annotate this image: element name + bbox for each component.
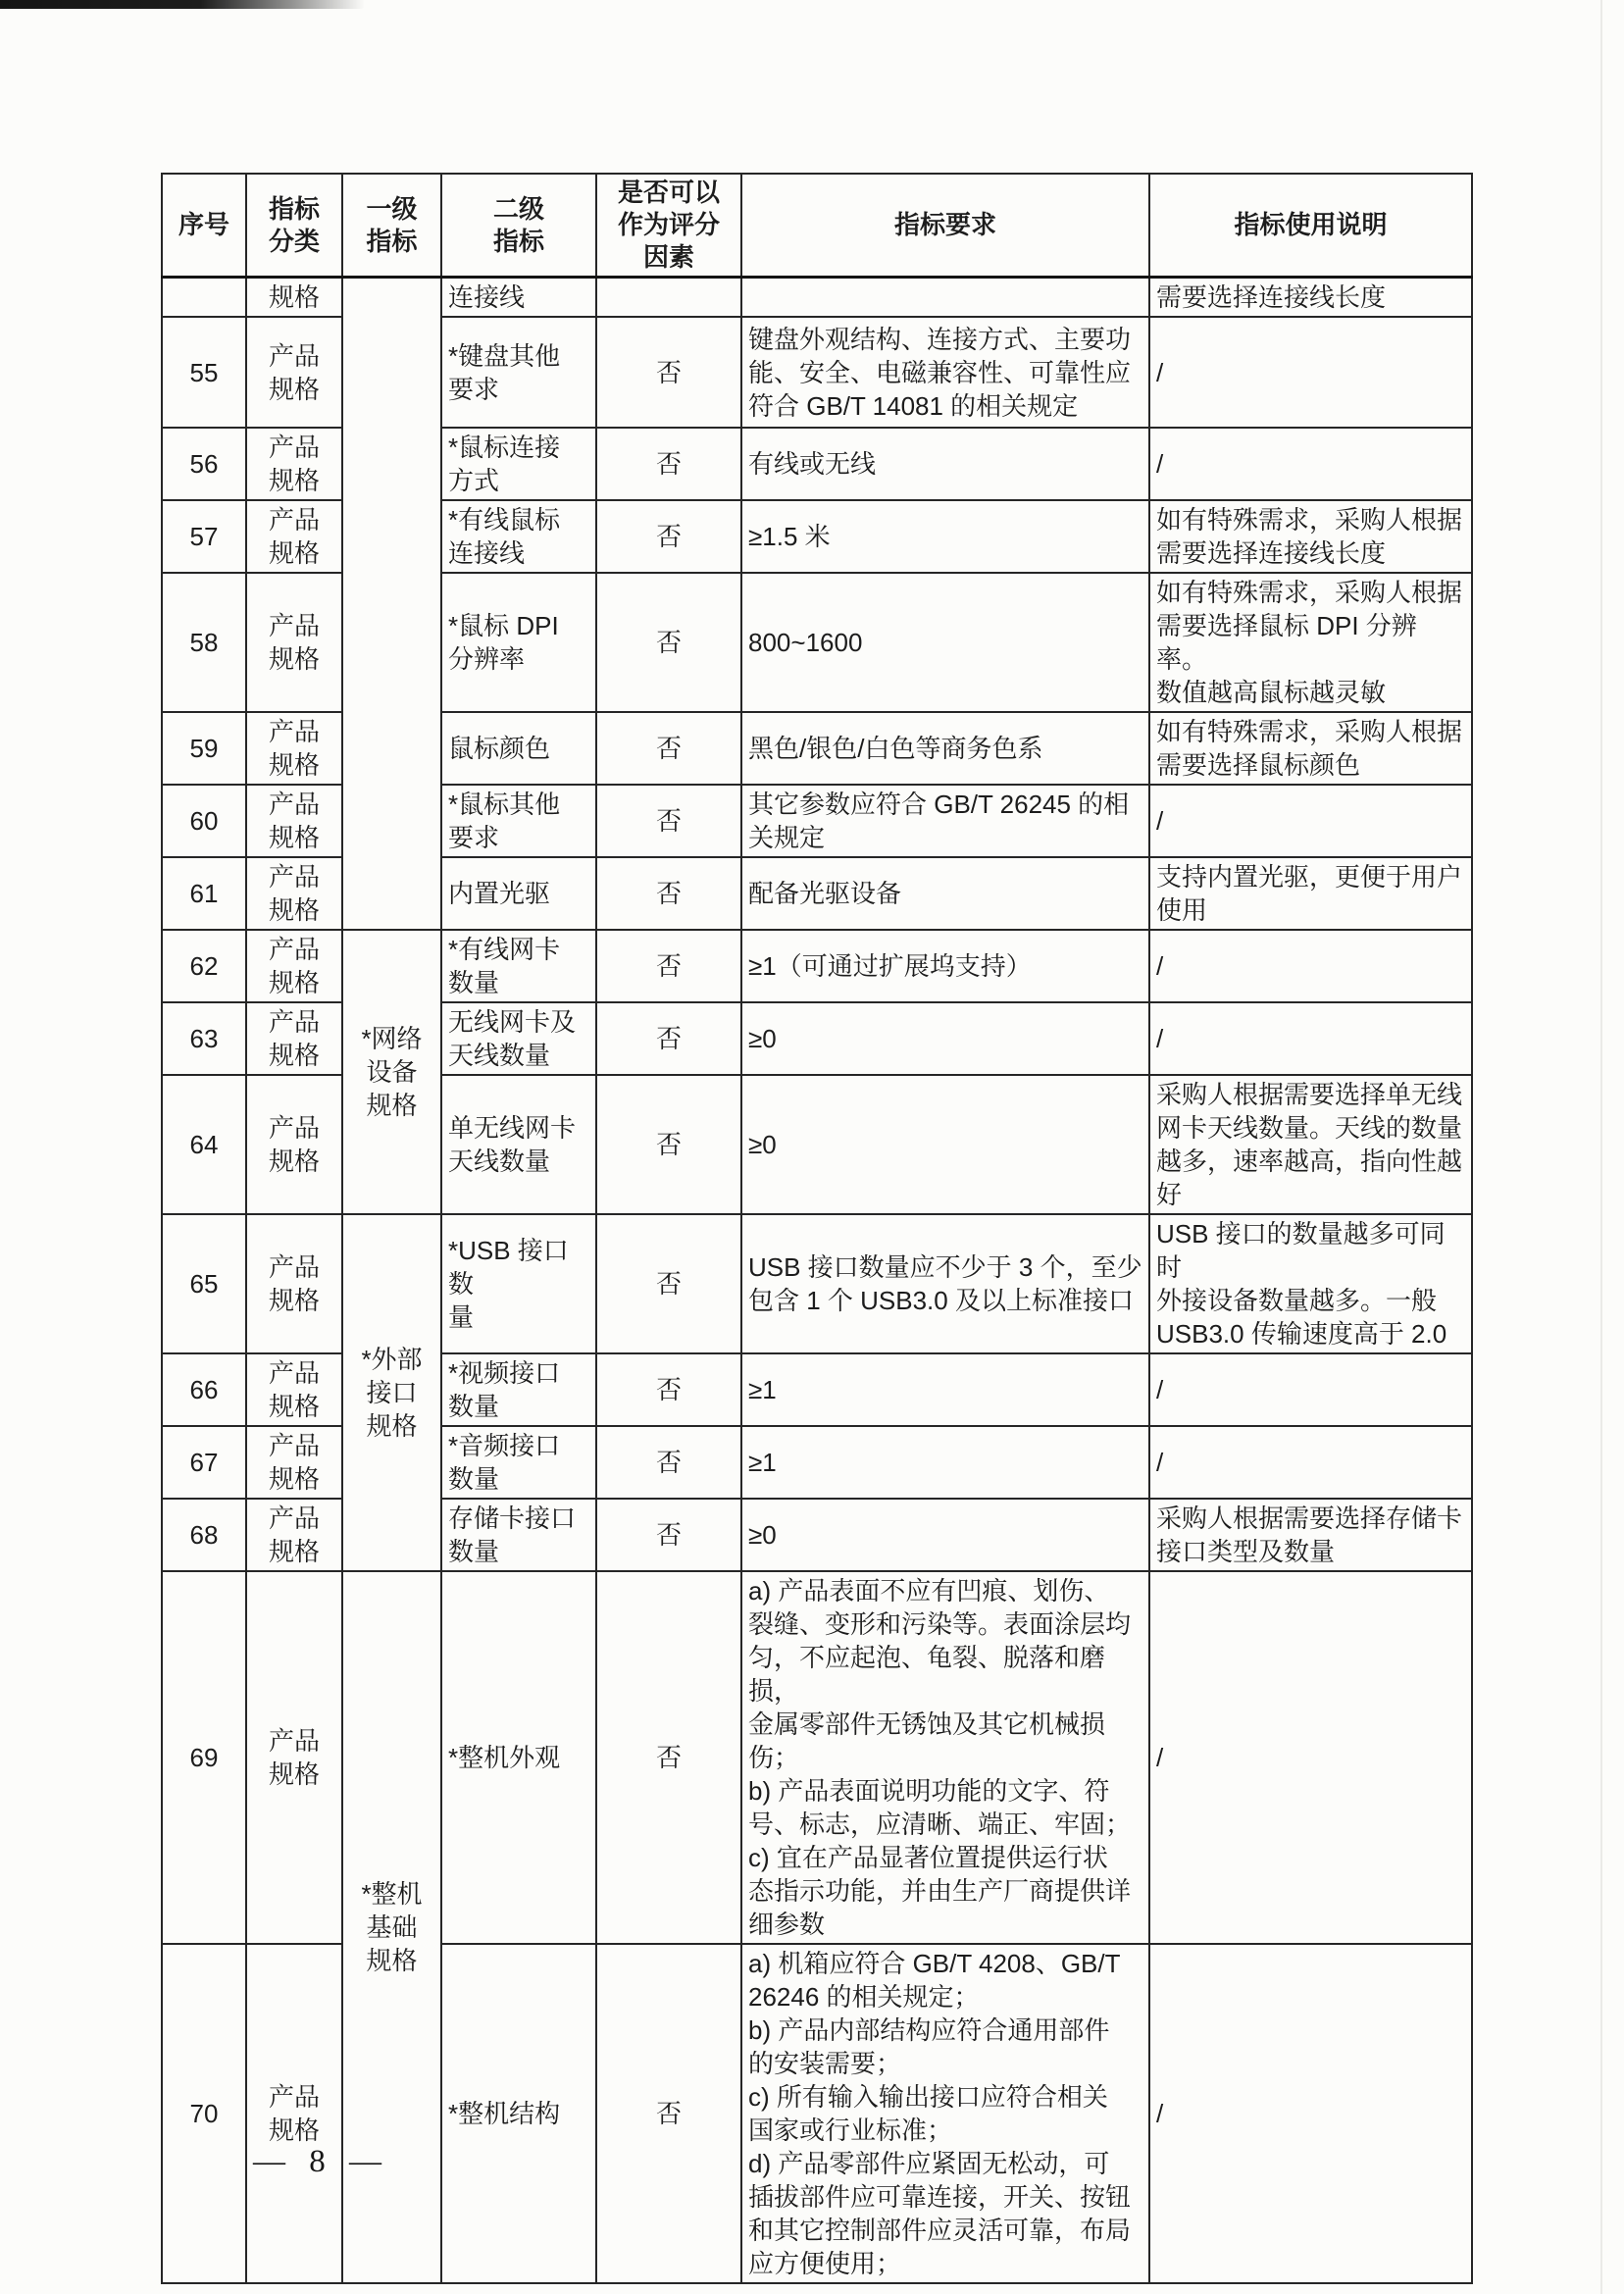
scoring-cell: 否 bbox=[596, 1499, 741, 1571]
seq-cell: 67 bbox=[162, 1426, 246, 1499]
level2-cell: *鼠标连接 方式 bbox=[441, 428, 596, 500]
scoring-cell: 否 bbox=[596, 428, 741, 500]
scoring-cell: 否 bbox=[596, 500, 741, 573]
usage-cell: / bbox=[1149, 317, 1472, 428]
category-cell: 产品 规格 bbox=[246, 500, 342, 573]
level2-cell: *鼠标 DPI 分辨率 bbox=[441, 573, 596, 712]
category-cell: 产品 规格 bbox=[246, 573, 342, 712]
requirement-cell: a) 机箱应符合 GB/T 4208、GB/T 26246 的相关规定； b) … bbox=[741, 1944, 1149, 2283]
seq-cell: 61 bbox=[162, 857, 246, 930]
seq-cell: 64 bbox=[162, 1075, 246, 1214]
seq-cell: 56 bbox=[162, 428, 246, 500]
level2-cell: 内置光驱 bbox=[441, 857, 596, 930]
level2-cell: *整机结构 bbox=[441, 1944, 596, 2283]
usage-cell: / bbox=[1149, 785, 1472, 857]
category-cell: 产品 规格 bbox=[246, 1353, 342, 1426]
requirement-cell: ≥1 bbox=[741, 1353, 1149, 1426]
seq-cell: 65 bbox=[162, 1214, 246, 1353]
usage-cell: 需要选择连接线长度 bbox=[1149, 278, 1472, 318]
seq-cell: 62 bbox=[162, 930, 246, 1002]
category-cell: 规格 bbox=[246, 278, 342, 318]
header-scoring-factor: 是否可以 作为评分 因素 bbox=[596, 174, 741, 278]
level2-cell: 鼠标颜色 bbox=[441, 712, 596, 785]
category-cell: 产品 规格 bbox=[246, 857, 342, 930]
usage-cell: / bbox=[1149, 1426, 1472, 1499]
requirement-cell: USB 接口数量应不少于 3 个，至少 包含 1 个 USB3.0 及以上标准接… bbox=[741, 1214, 1149, 1353]
category-cell: 产品 规格 bbox=[246, 1426, 342, 1499]
scoring-cell: 否 bbox=[596, 1571, 741, 1944]
requirement-cell: 黑色/银色/白色等商务色系 bbox=[741, 712, 1149, 785]
header-category: 指标 分类 bbox=[246, 174, 342, 278]
seq-cell: 69 bbox=[162, 1571, 246, 1944]
usage-cell: 采购人根据需要选择单无线 网卡天线数量。天线的数量 越多，速率越高，指向性越 好 bbox=[1149, 1075, 1472, 1214]
usage-cell: 如有特殊需求，采购人根据 需要选择鼠标颜色 bbox=[1149, 712, 1472, 785]
level2-cell: 无线网卡及 天线数量 bbox=[441, 1002, 596, 1075]
level2-cell: *视频接口 数量 bbox=[441, 1353, 596, 1426]
scoring-cell: 否 bbox=[596, 785, 741, 857]
scoring-cell: 否 bbox=[596, 573, 741, 712]
header-usage: 指标使用说明 bbox=[1149, 174, 1472, 278]
category-cell: 产品 规格 bbox=[246, 1571, 342, 1944]
requirement-cell: 其它参数应符合 GB/T 26245 的相 关规定 bbox=[741, 785, 1149, 857]
scoring-cell: 否 bbox=[596, 712, 741, 785]
level1-cell bbox=[342, 278, 441, 931]
table-row: 规格连接线需要选择连接线长度 bbox=[162, 278, 1472, 318]
requirement-cell: 键盘外观结构、连接方式、主要功 能、安全、电磁兼容性、可靠性应 符合 GB/T … bbox=[741, 317, 1149, 428]
usage-cell: / bbox=[1149, 428, 1472, 500]
category-cell: 产品 规格 bbox=[246, 1075, 342, 1214]
level2-cell: *音频接口 数量 bbox=[441, 1426, 596, 1499]
level2-cell: *键盘其他 要求 bbox=[441, 317, 596, 428]
header-seq: 序号 bbox=[162, 174, 246, 278]
scoring-cell: 否 bbox=[596, 930, 741, 1002]
usage-cell: / bbox=[1149, 1353, 1472, 1426]
scoring-cell: 否 bbox=[596, 857, 741, 930]
seq-cell: 59 bbox=[162, 712, 246, 785]
table-row: 65产品 规格*外部 接口 规格*USB 接口数 量否USB 接口数量应不少于 … bbox=[162, 1214, 1472, 1353]
requirement-cell: 800~1600 bbox=[741, 573, 1149, 712]
seq-cell: 68 bbox=[162, 1499, 246, 1571]
requirement-cell: ≥1（可通过扩展坞支持） bbox=[741, 930, 1149, 1002]
scan-page-edge bbox=[1600, 0, 1602, 2294]
level2-cell: *鼠标其他 要求 bbox=[441, 785, 596, 857]
requirement-cell: ≥1.5 米 bbox=[741, 500, 1149, 573]
requirement-cell: 配备光驱设备 bbox=[741, 857, 1149, 930]
scoring-cell: 否 bbox=[596, 1944, 741, 2283]
seq-cell: 60 bbox=[162, 785, 246, 857]
category-cell: 产品 规格 bbox=[246, 930, 342, 1002]
level2-cell: 存储卡接口 数量 bbox=[441, 1499, 596, 1571]
level2-cell: *有线鼠标 连接线 bbox=[441, 500, 596, 573]
requirement-cell: ≥0 bbox=[741, 1002, 1149, 1075]
category-cell: 产品 规格 bbox=[246, 428, 342, 500]
requirement-cell: ≥0 bbox=[741, 1075, 1149, 1214]
level2-cell: *USB 接口数 量 bbox=[441, 1214, 596, 1353]
requirement-cell: ≥1 bbox=[741, 1426, 1149, 1499]
seq-cell: 66 bbox=[162, 1353, 246, 1426]
indicator-spec-table: 序号 指标 分类 一级 指标 二级 指标 是否可以 作为评分 因素 指标要求 指… bbox=[161, 173, 1473, 2284]
scoring-cell bbox=[596, 278, 741, 318]
usage-cell: / bbox=[1149, 1571, 1472, 1944]
requirement-cell: a) 产品表面不应有凹痕、划伤、 裂缝、变形和污染等。表面涂层均 匀，不应起泡、… bbox=[741, 1571, 1149, 1944]
seq-cell: 63 bbox=[162, 1002, 246, 1075]
requirement-cell: 有线或无线 bbox=[741, 428, 1149, 500]
scan-artifact-mark bbox=[0, 0, 365, 9]
category-cell: 产品 规格 bbox=[246, 1214, 342, 1353]
level1-cell: *外部 接口 规格 bbox=[342, 1214, 441, 1571]
category-cell: 产品 规格 bbox=[246, 317, 342, 428]
category-cell: 产品 规格 bbox=[246, 1002, 342, 1075]
scoring-cell: 否 bbox=[596, 1214, 741, 1353]
page-number: — 8 — bbox=[253, 2144, 389, 2180]
requirement-cell bbox=[741, 278, 1149, 318]
seq-cell: 57 bbox=[162, 500, 246, 573]
table-row: 69产品 规格*整机 基础 规格*整机外观否a) 产品表面不应有凹痕、划伤、 裂… bbox=[162, 1571, 1472, 1944]
usage-cell: 如有特殊需求，采购人根据 需要选择鼠标 DPI 分辨率。 数值越高鼠标越灵敏 bbox=[1149, 573, 1472, 712]
table-row: 62产品 规格*网络 设备 规格*有线网卡 数量否≥1（可通过扩展坞支持）/ bbox=[162, 930, 1472, 1002]
usage-cell: USB 接口的数量越多可同时 外接设备数量越多。一般 USB3.0 传输速度高于… bbox=[1149, 1214, 1472, 1353]
category-cell: 产品 规格 bbox=[246, 1499, 342, 1571]
seq-cell: 70 bbox=[162, 1944, 246, 2283]
seq-cell: 58 bbox=[162, 573, 246, 712]
header-level2: 二级 指标 bbox=[441, 174, 596, 278]
scanned-document-page: 序号 指标 分类 一级 指标 二级 指标 是否可以 作为评分 因素 指标要求 指… bbox=[0, 0, 1624, 2294]
header-requirement: 指标要求 bbox=[741, 174, 1149, 278]
level2-cell: *整机外观 bbox=[441, 1571, 596, 1944]
level2-cell: 单无线网卡 天线数量 bbox=[441, 1075, 596, 1214]
requirement-cell: ≥0 bbox=[741, 1499, 1149, 1571]
usage-cell: / bbox=[1149, 930, 1472, 1002]
scoring-cell: 否 bbox=[596, 1353, 741, 1426]
usage-cell: 支持内置光驱，更便于用户 使用 bbox=[1149, 857, 1472, 930]
category-cell: 产品 规格 bbox=[246, 712, 342, 785]
header-level1: 一级 指标 bbox=[342, 174, 441, 278]
category-cell: 产品 规格 bbox=[246, 785, 342, 857]
usage-cell: 采购人根据需要选择存储卡 接口类型及数量 bbox=[1149, 1499, 1472, 1571]
usage-cell: / bbox=[1149, 1002, 1472, 1075]
usage-cell: / bbox=[1149, 1944, 1472, 2283]
level1-cell: *网络 设备 规格 bbox=[342, 930, 441, 1214]
scoring-cell: 否 bbox=[596, 1426, 741, 1499]
table-header-row: 序号 指标 分类 一级 指标 二级 指标 是否可以 作为评分 因素 指标要求 指… bbox=[162, 174, 1472, 278]
scoring-cell: 否 bbox=[596, 1002, 741, 1075]
seq-cell: 55 bbox=[162, 317, 246, 428]
scoring-cell: 否 bbox=[596, 1075, 741, 1214]
level2-cell: *有线网卡 数量 bbox=[441, 930, 596, 1002]
level2-cell: 连接线 bbox=[441, 278, 596, 318]
usage-cell: 如有特殊需求，采购人根据 需要选择连接线长度 bbox=[1149, 500, 1472, 573]
seq-cell bbox=[162, 278, 246, 318]
category-cell: 产品 规格 bbox=[246, 1944, 342, 2283]
scoring-cell: 否 bbox=[596, 317, 741, 428]
